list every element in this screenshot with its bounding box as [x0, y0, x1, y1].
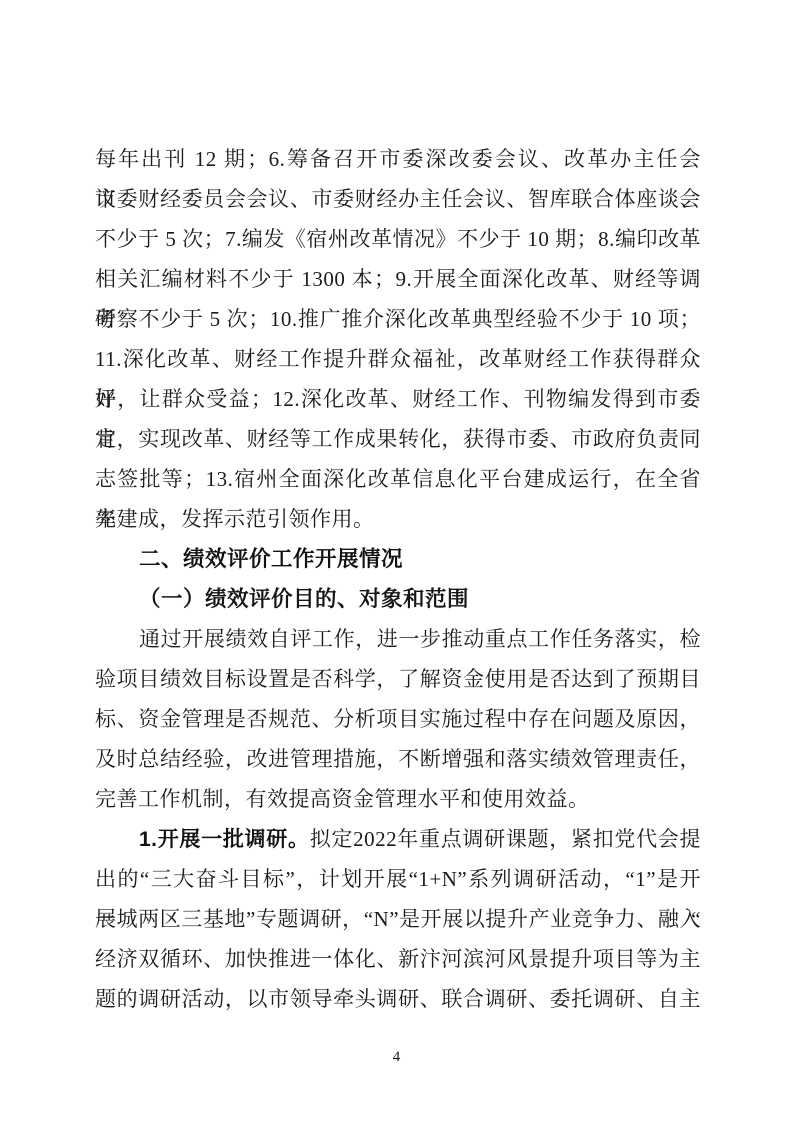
text-line-rest: 拟定2022年重点调研课题，紧扣党代会提: [310, 827, 701, 851]
document-page: 每年出刊 12 期；6.筹备召开市委深改委会议、改革办主任会议、 市委财经委员会…: [0, 0, 793, 1122]
text-line: 市委财经委员会会议、市委财经办主任会议、智库联合体座谈会: [95, 179, 701, 219]
subsection-heading: （一）绩效评价目的、对象和范围: [95, 579, 701, 619]
section-heading: 二、绩效评价工作开展情况: [95, 539, 701, 579]
text-line: 1.开展一批调研。拟定2022年重点调研课题，紧扣党代会提: [95, 819, 701, 859]
text-line: 一城两区三基地”专题调研，“N”是开展以提升产业竞争力、融入: [95, 899, 701, 939]
text-line: 出的“三大奋斗目标”，计划开展“1+N”系列调研活动，“1”是开展“: [95, 859, 701, 899]
text-line: 11.深化改革、财经工作提升群众福祉，改革财经工作获得群众好: [95, 339, 701, 379]
text-line: 题的调研活动，以市领导牵头调研、联合调研、委托调研、自主: [95, 979, 701, 1019]
text-line: 不少于 5 次；7.编发《宿州改革情况》不少于 10 期；8.编印改革: [95, 219, 701, 259]
text-line: 标、资金管理是否规范、分析项目实施过程中存在问题及原因，: [95, 699, 701, 739]
text-line: 通过开展绩效自评工作，进一步推动重点工作任务落实，检: [95, 619, 701, 659]
text-line: 相关汇编材料不少于 1300 本；9.开展全面深化改革、财经等调研: [95, 259, 701, 299]
text-line: 定，实现改革、财经等工作成果转化，获得市委、市政府负责同: [95, 419, 701, 459]
text-line: 及时总结经验，改进管理措施，不断增强和落实绩效管理责任，: [95, 739, 701, 779]
text-line: 经济双循环、加快推进一体化、新汴河滨河风景提升项目等为主: [95, 939, 701, 979]
paragraph-bold-lead: 1.开展一批调研。: [139, 828, 310, 851]
text-line: 评，让群众受益；12.深化改革、财经工作、刊物编发得到市委肯: [95, 379, 701, 419]
document-body: 每年出刊 12 期；6.筹备召开市委深改委会议、改革办主任会议、 市委财经委员会…: [95, 139, 701, 1019]
text-line: 考察不少于 5 次；10.推广推介深化改革典型经验不少于 10 项；: [95, 299, 701, 339]
page-number: 4: [0, 1046, 793, 1068]
text-line: 每年出刊 12 期；6.筹备召开市委深改委会议、改革办主任会议、: [95, 139, 701, 179]
text-line: 完善工作机制，有效提高资金管理水平和使用效益。: [95, 779, 701, 819]
text-line: 志签批等；13.宿州全面深化改革信息化平台建成运行，在全省率: [95, 459, 701, 499]
text-line: 验项目绩效目标设置是否科学，了解资金使用是否达到了预期目: [95, 659, 701, 699]
text-line: 先建成，发挥示范引领作用。: [95, 499, 701, 539]
